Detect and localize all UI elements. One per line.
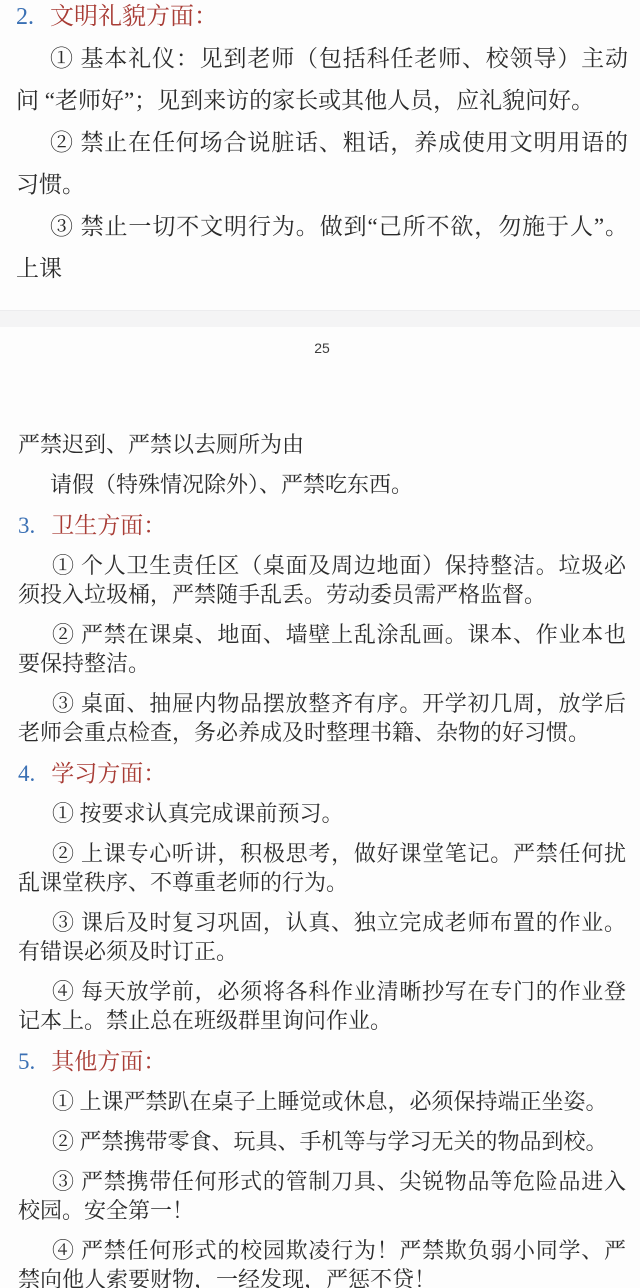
paragraph: ① 基本礼仪：见到老师（包括科任老师、校领导）主动问 “老师好”；见到来访的家长… <box>16 38 628 122</box>
section-title: 学习方面： <box>51 761 166 786</box>
page-top-fragment: 2.文明礼貌方面： ① 基本礼仪：见到老师（包括科任老师、校领导）主动问 “老师… <box>0 0 640 310</box>
paragraph: ③ 严禁携带任何形式的管制刀具、尖锐物品等危险品进入校园。安全第一！ <box>18 1167 626 1225</box>
section-2-body: ① 基本礼仪：见到老师（包括科任老师、校领导）主动问 “老师好”；见到来访的家长… <box>16 38 628 290</box>
paragraph: ② 上课专心听讲，积极思考，做好课堂笔记。严禁任何扰乱课堂秩序、不尊重老师的行为… <box>18 839 626 897</box>
section-title: 其他方面： <box>51 1049 166 1074</box>
paragraph: ② 严禁携带零食、玩具、手机等与学习无关的物品到校。 <box>18 1127 626 1156</box>
section-title: 文明礼貌方面： <box>50 4 218 30</box>
paragraph: ④ 严禁任何形式的校园欺凌行为！严禁欺负弱小同学、严禁向他人索要财物，一经发现，… <box>18 1236 626 1288</box>
continuation-line: 请假（特殊情况除外）、严禁吃东西。 <box>18 470 626 499</box>
section-heading-3: 3.卫生方面： <box>18 511 626 540</box>
section-heading-4: 4.学习方面： <box>18 759 626 788</box>
paragraph: ② 禁止在任何场合说脏话、粗话，养成使用文明用语的习惯。 <box>16 122 628 206</box>
paragraph: ① 个人卫生责任区（桌面及周边地面）保持整洁。垃圾必须投入垃圾桶，严禁随手乱丢。… <box>18 551 626 609</box>
paragraph: ③ 课后及时复习巩固，认真、独立完成老师布置的作业。有错误必须及时订正。 <box>18 908 626 966</box>
section-number: 2. <box>16 4 34 30</box>
paragraph: ① 上课严禁趴在桌子上睡觉或休息，必须保持端正坐姿。 <box>18 1087 626 1116</box>
document-viewer: { "colors": { "section_number": "#3a70b4… <box>0 0 640 1288</box>
page-bottom-fragment: 严禁迟到、严禁以去厕所为由 请假（特殊情况除外）、严禁吃东西。 3.卫生方面： … <box>0 327 640 1272</box>
section-number: 5. <box>18 1049 35 1074</box>
section-number: 4. <box>18 761 35 786</box>
paragraph: ③ 禁止一切不文明行为。做到“己所不欲，勿施于人”。上课 <box>16 206 628 290</box>
section-heading-5: 5.其他方面： <box>18 1047 626 1076</box>
section-heading-2: 2.文明礼貌方面： <box>16 2 628 32</box>
continuation-line: 严禁迟到、严禁以去厕所为由 <box>18 430 626 459</box>
section-title: 卫生方面： <box>51 513 166 538</box>
paragraph: ③ 桌面、抽屉内物品摆放整齐有序。开学初几周，放学后老师会重点检查，务必养成及时… <box>18 689 626 747</box>
paragraph: ① 按要求认真完成课前预习。 <box>18 799 626 828</box>
paragraph: ② 严禁在课桌、地面、墙壁上乱涂乱画。课本、作业本也要保持整洁。 <box>18 620 626 678</box>
paragraph: ④ 每天放学前，必须将各科作业清晰抄写在专门的作业登记本上。禁止总在班级群里询问… <box>18 977 626 1035</box>
section-number: 3. <box>18 513 35 538</box>
page-separator <box>0 310 640 327</box>
